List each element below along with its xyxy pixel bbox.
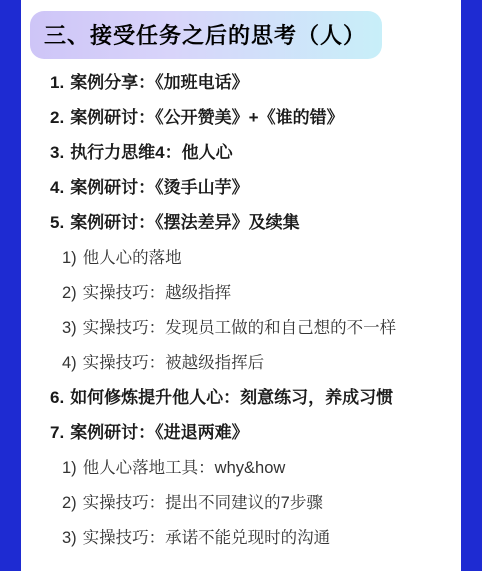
item-marker: 4) — [62, 352, 77, 374]
list-item: 1.案例分享：《加班电话》 — [50, 72, 457, 94]
left-border-bar — [0, 0, 21, 571]
right-border-bar — [461, 0, 482, 571]
sub-list-item: 2)实操技巧：提出不同建议的7步骤 — [50, 492, 457, 514]
item-text: 实操技巧：承诺不能兑现时的沟通 — [83, 529, 331, 547]
item-marker: 1) — [62, 247, 77, 269]
list-item: 4.案例研讨：《烫手山芋》 — [50, 177, 457, 199]
list-item: 2.案例研讨：《公开赞美》+《谁的错》 — [50, 107, 457, 129]
item-text: 案例研讨：《进退两难》 — [70, 423, 249, 442]
item-marker: 5. — [50, 212, 64, 234]
item-marker: 1) — [62, 457, 77, 479]
item-marker: 2) — [62, 492, 77, 514]
item-marker: 3) — [62, 527, 77, 549]
item-text: 案例研讨：《公开赞美》+《谁的错》 — [70, 108, 343, 127]
item-text: 实操技巧：越级指挥 — [83, 284, 232, 302]
list-item: 6.如何修炼提升他人心：刻意练习，养成习惯 — [50, 387, 457, 409]
item-marker: 2) — [62, 282, 77, 304]
sub-list-item: 1)他人心的落地 — [50, 247, 457, 269]
item-marker: 3. — [50, 142, 64, 164]
item-marker: 2. — [50, 107, 64, 129]
sub-list-item: 3)实操技巧：承诺不能兑现时的沟通 — [50, 527, 457, 549]
item-text: 他人心落地工具：why&how — [83, 459, 286, 477]
sub-list-item: 1)他人心落地工具：why&how — [50, 457, 457, 479]
item-text: 案例分享：《加班电话》 — [70, 73, 249, 92]
item-text: 执行力思维4：他人心 — [70, 143, 232, 162]
sub-list-item: 2)实操技巧：越级指挥 — [50, 282, 457, 304]
list-item: 7.案例研讨：《进退两难》 — [50, 422, 457, 444]
page-frame: 三、接受任务之后的思考（人） 1.案例分享：《加班电话》 2.案例研讨：《公开赞… — [0, 0, 482, 571]
list-item: 5.案例研讨：《摆法差异》及续集 — [50, 212, 457, 234]
section-title-text: 三、接受任务之后的思考（人） — [44, 23, 366, 48]
item-marker: 4. — [50, 177, 64, 199]
item-marker: 7. — [50, 422, 64, 444]
item-text: 实操技巧：发现员工做的和自己想的不一样 — [83, 319, 397, 337]
item-text: 案例研讨：《摆法差异》及续集 — [70, 213, 300, 232]
item-marker: 6. — [50, 387, 64, 409]
section-title: 三、接受任务之后的思考（人） — [30, 11, 382, 59]
sub-list-item: 3)实操技巧：发现员工做的和自己想的不一样 — [50, 317, 457, 339]
item-text: 他人心的落地 — [83, 249, 182, 267]
item-text: 案例研讨：《烫手山芋》 — [70, 178, 249, 197]
item-marker: 3) — [62, 317, 77, 339]
item-text: 实操技巧：提出不同建议的7步骤 — [83, 494, 323, 512]
item-text: 如何修炼提升他人心：刻意练习，养成习惯 — [70, 388, 393, 407]
item-text: 实操技巧：被越级指挥后 — [83, 354, 265, 372]
list-item: 3.执行力思维4：他人心 — [50, 142, 457, 164]
item-marker: 1. — [50, 72, 64, 94]
sub-list-item: 4)实操技巧：被越级指挥后 — [50, 352, 457, 374]
outline-list: 1.案例分享：《加班电话》 2.案例研讨：《公开赞美》+《谁的错》 3.执行力思… — [21, 72, 461, 549]
content-card: 三、接受任务之后的思考（人） 1.案例分享：《加班电话》 2.案例研讨：《公开赞… — [21, 0, 461, 571]
